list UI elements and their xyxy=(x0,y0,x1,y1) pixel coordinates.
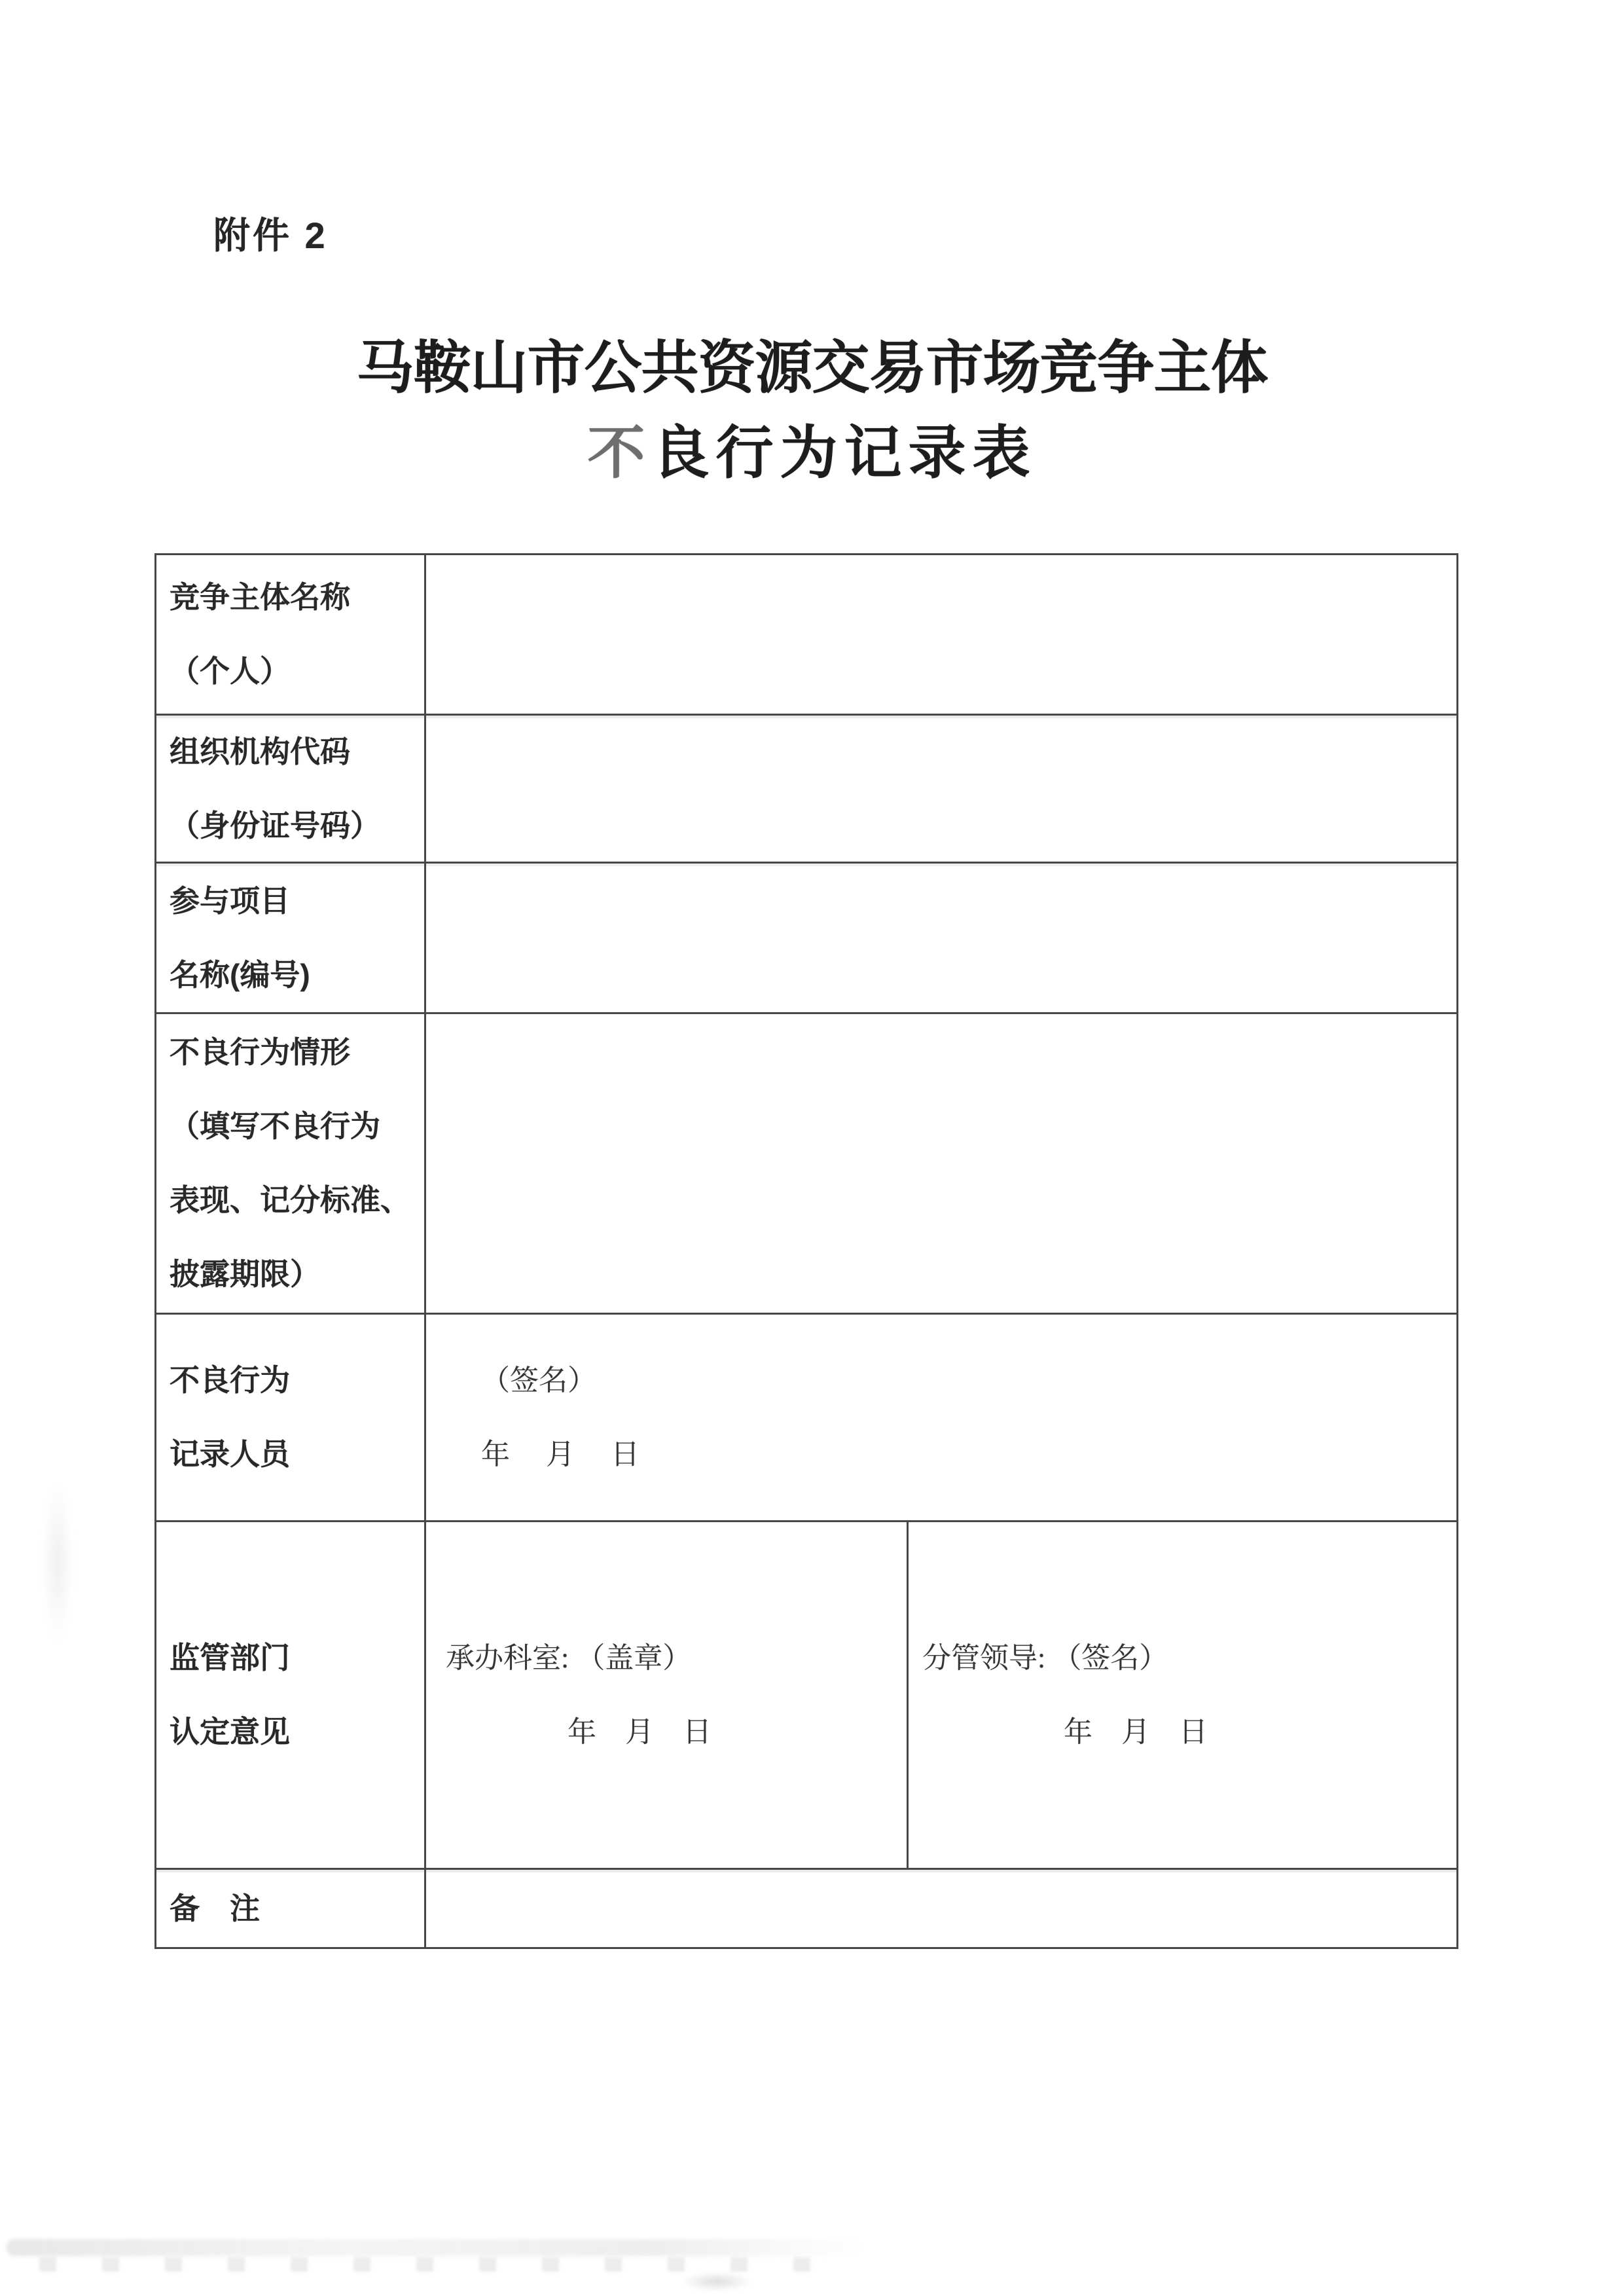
label-line: 名称(编号) xyxy=(170,938,424,1012)
cell-recorder-signature: （签名） 年 月 日 xyxy=(426,1315,1456,1520)
label-line: 监管部门 xyxy=(170,1621,424,1695)
scan-smudge xyxy=(7,2239,864,2256)
label-line: 表现、记分标准、 xyxy=(170,1163,424,1237)
cell-misconduct-detail-value xyxy=(426,1014,1456,1313)
row-label-subject-name: 竞争主体名称 （个人） xyxy=(156,555,426,714)
table-row-subject-name: 竞争主体名称 （个人） xyxy=(156,555,1456,714)
table-row-recorder: 不良行为 记录人员 （签名） 年 月 日 xyxy=(156,1313,1456,1520)
table-row-regulator-opinion: 监管部门 认定意见 承办科室: （盖章） 年 月 日 分管领导: （签名） 年 … xyxy=(156,1520,1456,1868)
table-row-remarks: 备 注 xyxy=(156,1868,1456,1947)
row-label-regulator-opinion: 监管部门 认定意见 xyxy=(156,1522,426,1868)
label-line: 认定意见 xyxy=(170,1695,424,1769)
attachment-label: 附件 2 xyxy=(213,207,328,259)
document-page: 附件 2 马鞍山市公共资源交易市场竞争主体 不良行为记录表 竞争主体名称 （个人… xyxy=(0,0,1624,2296)
label-line: 记录人员 xyxy=(170,1417,424,1491)
office-seal-line: 承办科室: （盖章） xyxy=(446,1621,907,1695)
label-line: 竞争主体名称 xyxy=(170,560,424,634)
cell-project-name-value xyxy=(426,864,1456,1012)
row-label-remarks: 备 注 xyxy=(156,1870,426,1947)
row-label-recorder: 不良行为 记录人员 xyxy=(156,1315,426,1520)
cell-subject-name-value xyxy=(426,555,1456,714)
scan-smudge xyxy=(43,1480,72,1643)
table-row-project-name: 参与项目 名称(编号) xyxy=(156,862,1456,1012)
table-row-misconduct-detail: 不良行为情形 （填写不良行为 表现、记分标准、 披露期限） xyxy=(156,1012,1456,1313)
date-placeholder: 年 月 日 xyxy=(568,1695,907,1769)
date-placeholder: 年 月 日 xyxy=(481,1417,1456,1491)
title-line-1: 马鞍山市公共资源交易市场竞争主体 xyxy=(0,327,1624,412)
label-line: 不良行为情形 xyxy=(170,1015,424,1089)
title-line-2: 不良行为记录表 xyxy=(0,412,1624,497)
sub-cell-leader-signature: 分管领导: （签名） 年 月 日 xyxy=(909,1522,1456,1868)
label-line: 参与项目 xyxy=(170,864,424,938)
row-label-misconduct-detail: 不良行为情形 （填写不良行为 表现、记分标准、 披露期限） xyxy=(156,1014,426,1313)
label-line: 备 注 xyxy=(170,1872,424,1946)
record-form-table: 竞争主体名称 （个人） 组织机构代码 （身份证号码） 参与项目 名称(编号) xyxy=(154,553,1458,1949)
cell-org-code-value xyxy=(426,716,1456,862)
signature-placeholder: （签名） xyxy=(481,1343,1456,1417)
scan-smudge xyxy=(39,2257,851,2272)
sub-cell-handling-office: 承办科室: （盖章） 年 月 日 xyxy=(426,1522,909,1868)
table-row-org-code: 组织机构代码 （身份证号码） xyxy=(156,714,1456,862)
label-line: （身份证号码） xyxy=(170,789,424,863)
label-line: （填写不良行为 xyxy=(170,1089,424,1163)
cell-regulator-opinion: 承办科室: （盖章） 年 月 日 分管领导: （签名） 年 月 日 xyxy=(426,1522,1456,1868)
row-label-org-code: 组织机构代码 （身份证号码） xyxy=(156,716,426,862)
label-line: 组织机构代码 xyxy=(170,715,424,789)
label-line: 不良行为 xyxy=(170,1343,424,1417)
date-placeholder: 年 月 日 xyxy=(1064,1695,1456,1769)
cell-remarks-value xyxy=(426,1870,1456,1947)
label-line: （个人） xyxy=(170,634,424,708)
row-label-project-name: 参与项目 名称(编号) xyxy=(156,864,426,1012)
label-line: 披露期限） xyxy=(170,1237,424,1311)
leader-sign-line: 分管领导: （签名） xyxy=(922,1621,1456,1695)
document-title: 马鞍山市公共资源交易市场竞争主体 不良行为记录表 xyxy=(0,327,1624,497)
scan-smudge xyxy=(681,2272,753,2291)
